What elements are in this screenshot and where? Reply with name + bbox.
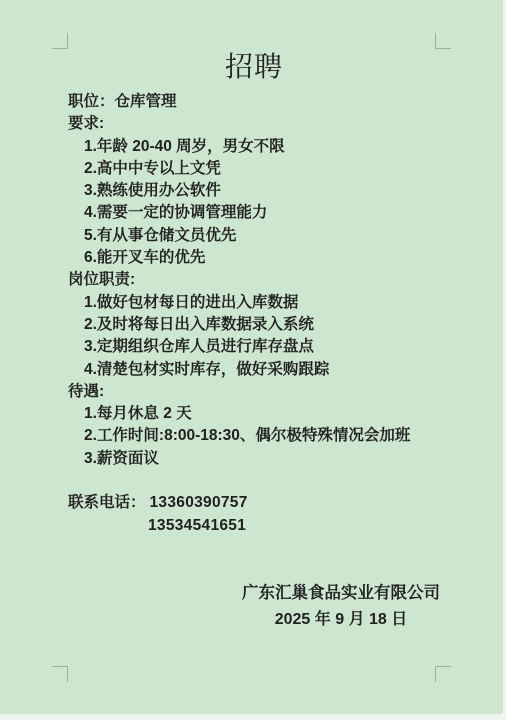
requirement-item: 3.熟练使用办公软件: [68, 180, 440, 202]
margin-mark-bottom-right-icon: [435, 666, 451, 682]
requirement-item: 6.能开叉车的优先: [68, 247, 440, 269]
contact-label: 联系电话：: [68, 494, 146, 511]
benefit-item: 2.工作时间:8:00-18:30、偶尔极特殊情况会加班: [68, 425, 440, 447]
benefit-item: 1.每月休息 2 天: [68, 403, 440, 425]
contact-phone-1: 13360390757: [150, 494, 248, 511]
responsibility-item: 1.做好包材每日的进出入库数据: [68, 292, 440, 314]
contact-line: 联系电话：13360390757: [68, 492, 440, 514]
page-bottom-edge: [0, 714, 506, 720]
requirement-item: 1.年龄 20-40 周岁，男女不限: [68, 136, 440, 158]
contact-phone-2: 13534541651: [68, 515, 440, 537]
responsibility-item: 2.及时将每日出入库数据录入系统: [68, 314, 440, 336]
margin-mark-top-right-icon: [435, 33, 451, 49]
document-title: 招聘: [68, 50, 440, 86]
signature-block: 广东汇巢食品实业有限公司 2025 年 9 月 18 日: [242, 582, 440, 632]
requirement-item: 4.需要一定的协调管理能力: [68, 202, 440, 224]
margin-mark-bottom-left-icon: [52, 666, 68, 682]
position-line: 职位：仓库管理: [68, 91, 440, 113]
requirements-heading: 要求:: [68, 113, 440, 135]
signature-date: 2025 年 9 月 18 日: [242, 609, 440, 631]
document-page: 招聘 职位：仓库管理 要求: 1.年龄 20-40 周岁，男女不限 2.高中中专…: [0, 0, 506, 720]
margin-mark-top-left-icon: [52, 33, 68, 49]
benefit-item: 3.薪资面议: [68, 448, 440, 470]
blank-line: [68, 537, 440, 559]
requirement-item: 2.高中中专以上文凭: [68, 158, 440, 180]
benefits-heading: 待遇:: [68, 381, 440, 403]
blank-line: [68, 470, 440, 492]
responsibilities-heading: 岗位职责:: [68, 269, 440, 291]
document-content: 招聘 职位：仓库管理 要求: 1.年龄 20-40 周岁，男女不限 2.高中中专…: [68, 50, 440, 631]
company-name: 广东汇巢食品实业有限公司: [242, 582, 440, 604]
blank-line: [68, 559, 440, 581]
responsibility-item: 3.定期组织仓库人员进行库存盘点: [68, 336, 440, 358]
responsibility-item: 4.清楚包材实时库存，做好采购跟踪: [68, 359, 440, 381]
requirement-item: 5.有从事仓储文员优先: [68, 225, 440, 247]
